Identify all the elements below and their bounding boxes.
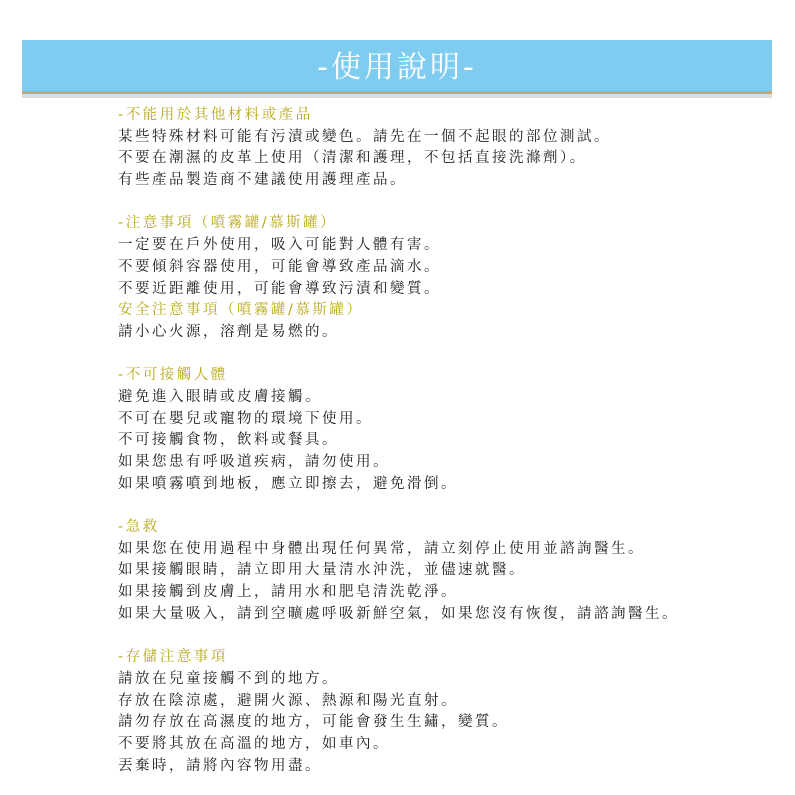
- section-heading: -不能用於其他材料或產品: [118, 105, 778, 127]
- page-title: -使用說明-: [317, 53, 477, 83]
- banner-shadow: [22, 94, 772, 98]
- section-storage: -存儲注意事項 請放在兒童接觸不到的地方。 存放在陰涼處，避開火源、熱源和陽光直…: [118, 647, 778, 777]
- instruction-line: 請小心火源，溶劑是易燃的。: [118, 322, 778, 344]
- section-heading: -存儲注意事項: [118, 647, 778, 669]
- instruction-line: 請勿存放在高濕度的地方，可能會發生生鏽，變質。: [118, 712, 778, 734]
- section-heading: -急救: [118, 517, 778, 539]
- instruction-line: 不可在嬰兒或寵物的環境下使用。: [118, 409, 778, 431]
- section-material-restrictions: -不能用於其他材料或產品 某些特殊材料可能有污漬或變色。請先在一個不起眼的部位測…: [118, 105, 778, 192]
- instruction-line: 如果您患有呼吸道疾病，請勿使用。: [118, 452, 778, 474]
- section-spray-precautions: -注意事項（噴霧罐/慕斯罐） 一定要在戶外使用，吸入可能對人體有害。 不要傾斜容…: [118, 213, 778, 343]
- instruction-line: 不要傾斜容器使用，可能會導致產品滴水。: [118, 257, 778, 279]
- title-banner: -使用說明-: [22, 40, 772, 91]
- instruction-line: 存放在陰涼處，避開火源、熱源和陽光直射。: [118, 691, 778, 713]
- instruction-line: 如果大量吸入，請到空曠處呼吸新鮮空氣，如果您沒有恢復，請諮詢醫生。: [118, 604, 778, 626]
- instruction-line: 有些產品製造商不建議使用護理產品。: [118, 170, 778, 192]
- instruction-line: 如果噴霧噴到地板，應立即擦去，避免滑倒。: [118, 474, 778, 496]
- section-heading: -不可接觸人體: [118, 365, 778, 387]
- instruction-line: 避免進入眼睛或皮膚接觸。: [118, 387, 778, 409]
- instruction-line: 某些特殊材料可能有污漬或變色。請先在一個不起眼的部位測試。: [118, 127, 778, 149]
- instruction-line: 不要將其放在高溫的地方，如車內。: [118, 734, 778, 756]
- section-no-body-contact: -不可接觸人體 避免進入眼睛或皮膚接觸。 不可在嬰兒或寵物的環境下使用。 不可接…: [118, 365, 778, 495]
- section-subheading: 安全注意事項（噴霧罐/慕斯罐）: [118, 300, 778, 322]
- instructions-content: -不能用於其他材料或產品 某些特殊材料可能有污漬或變色。請先在一個不起眼的部位測…: [118, 105, 778, 795]
- instruction-line: 如果接觸到皮膚上，請用水和肥皂清洗乾淨。: [118, 582, 778, 604]
- instruction-line: 請放在兒童接觸不到的地方。: [118, 669, 778, 691]
- instruction-line: 一定要在戶外使用，吸入可能對人體有害。: [118, 235, 778, 257]
- section-first-aid: -急救 如果您在使用過程中身體出現任何異常，請立刻停止使用並諮詢醫生。 如果接觸…: [118, 517, 778, 625]
- instruction-line: 如果接觸眼睛，請立即用大量清水沖洗，並儘速就醫。: [118, 560, 778, 582]
- section-heading: -注意事項（噴霧罐/慕斯罐）: [118, 213, 778, 235]
- instruction-line: 丟棄時，請將內容物用盡。: [118, 756, 778, 778]
- instruction-line: 不要近距離使用，可能會導致污漬和變質。: [118, 279, 778, 301]
- instruction-line: 不要在潮濕的皮革上使用（清潔和護理，不包括直接洗滌劑）。: [118, 148, 778, 170]
- instruction-line: 如果您在使用過程中身體出現任何異常，請立刻停止使用並諮詢醫生。: [118, 539, 778, 561]
- instruction-line: 不可接觸食物，飲料或餐具。: [118, 430, 778, 452]
